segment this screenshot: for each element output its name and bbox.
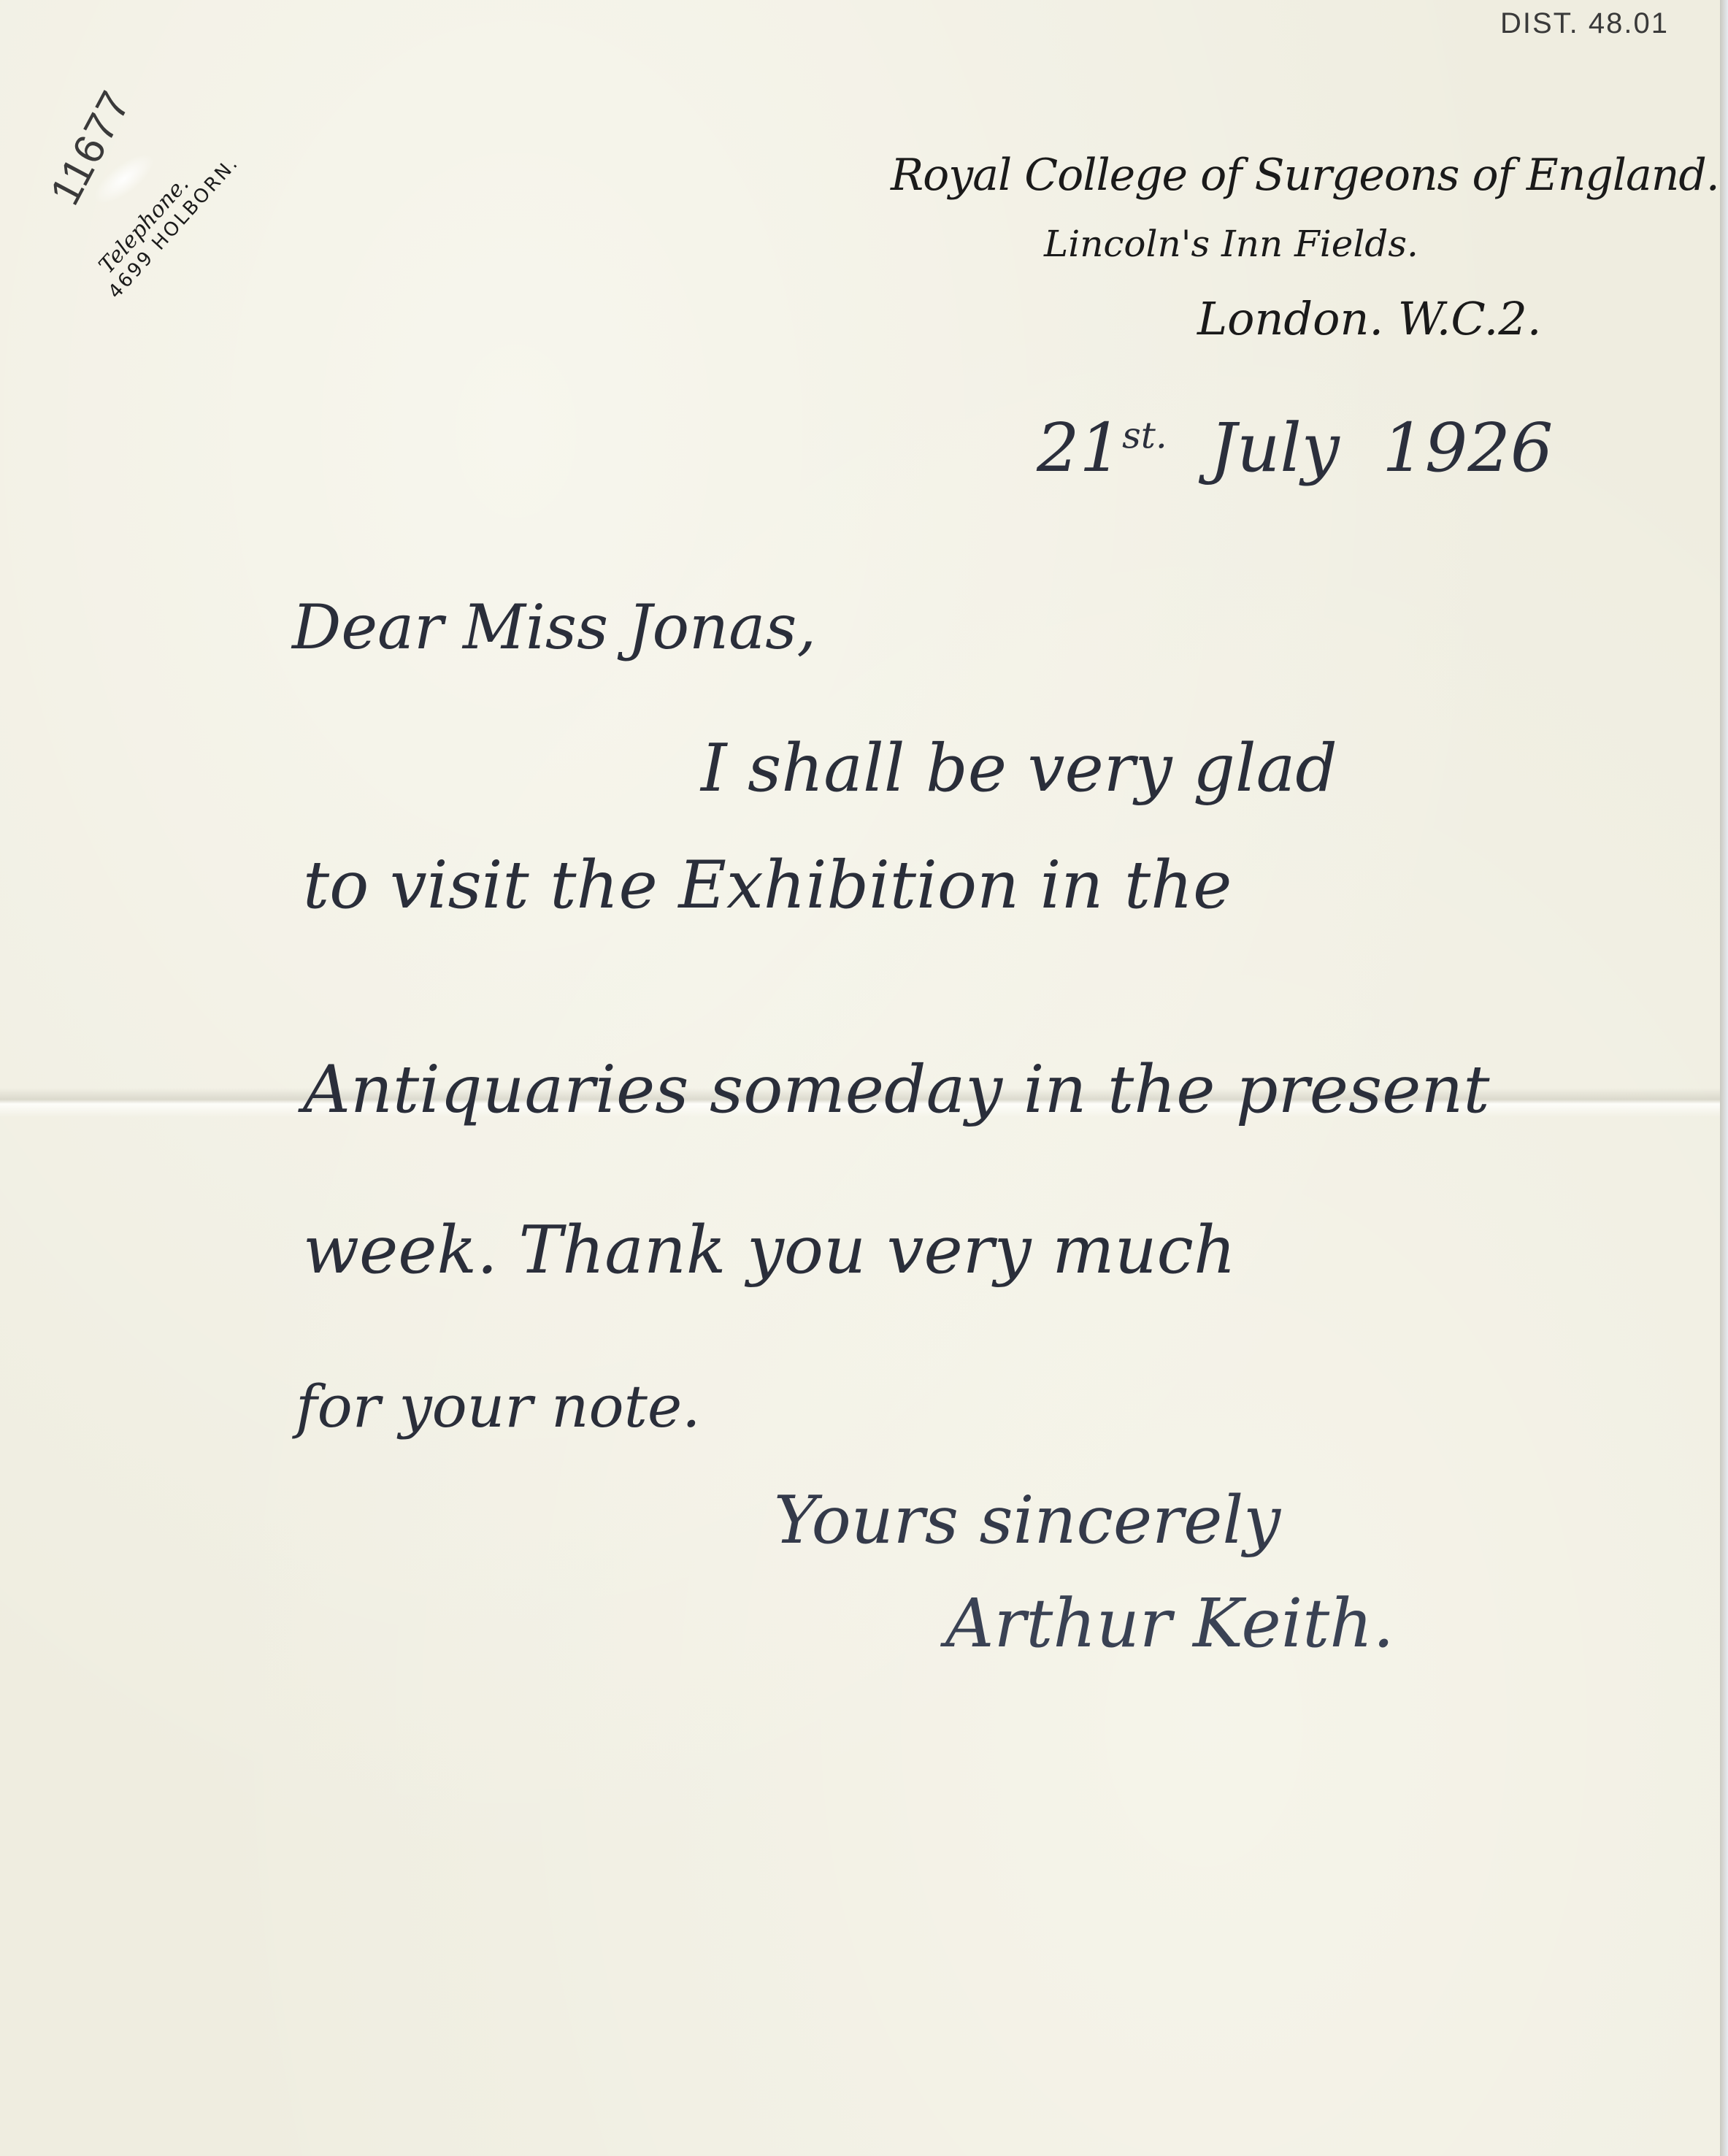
body-line: week. Thank you very much — [303, 1212, 1236, 1289]
salutation: Dear Miss Jonas, — [292, 591, 816, 663]
scan-edge — [1720, 0, 1728, 2156]
signature: Arthur Keith. — [945, 1584, 1394, 1662]
letterhead-institution: Royal College of Surgeons of England. — [891, 150, 1719, 201]
date-month: July — [1210, 409, 1340, 487]
date-day-suffix: st. — [1122, 414, 1167, 456]
body-line: for your note. — [296, 1373, 701, 1440]
date-day: 21 — [1037, 409, 1122, 487]
body-line: to visit the Exhibition in the — [303, 847, 1232, 924]
closing: Yours sincerely — [774, 1482, 1280, 1559]
archive-reference: DIST. 48.01 — [1500, 7, 1669, 40]
letter-date: 21st. July 1926 — [1037, 409, 1553, 487]
letter-page: DIST. 48.01 11677 Telephone. 4699 HOLBOR… — [0, 0, 1720, 2156]
letterhead-city: London. W.C.2. — [1197, 292, 1541, 345]
body-line: I shall be very glad — [701, 730, 1337, 807]
body-line: Antiquaries someday in the present — [303, 1051, 1490, 1128]
letterhead-street: Lincoln's Inn Fields. — [1044, 223, 1418, 265]
date-year: 1926 — [1382, 409, 1553, 487]
